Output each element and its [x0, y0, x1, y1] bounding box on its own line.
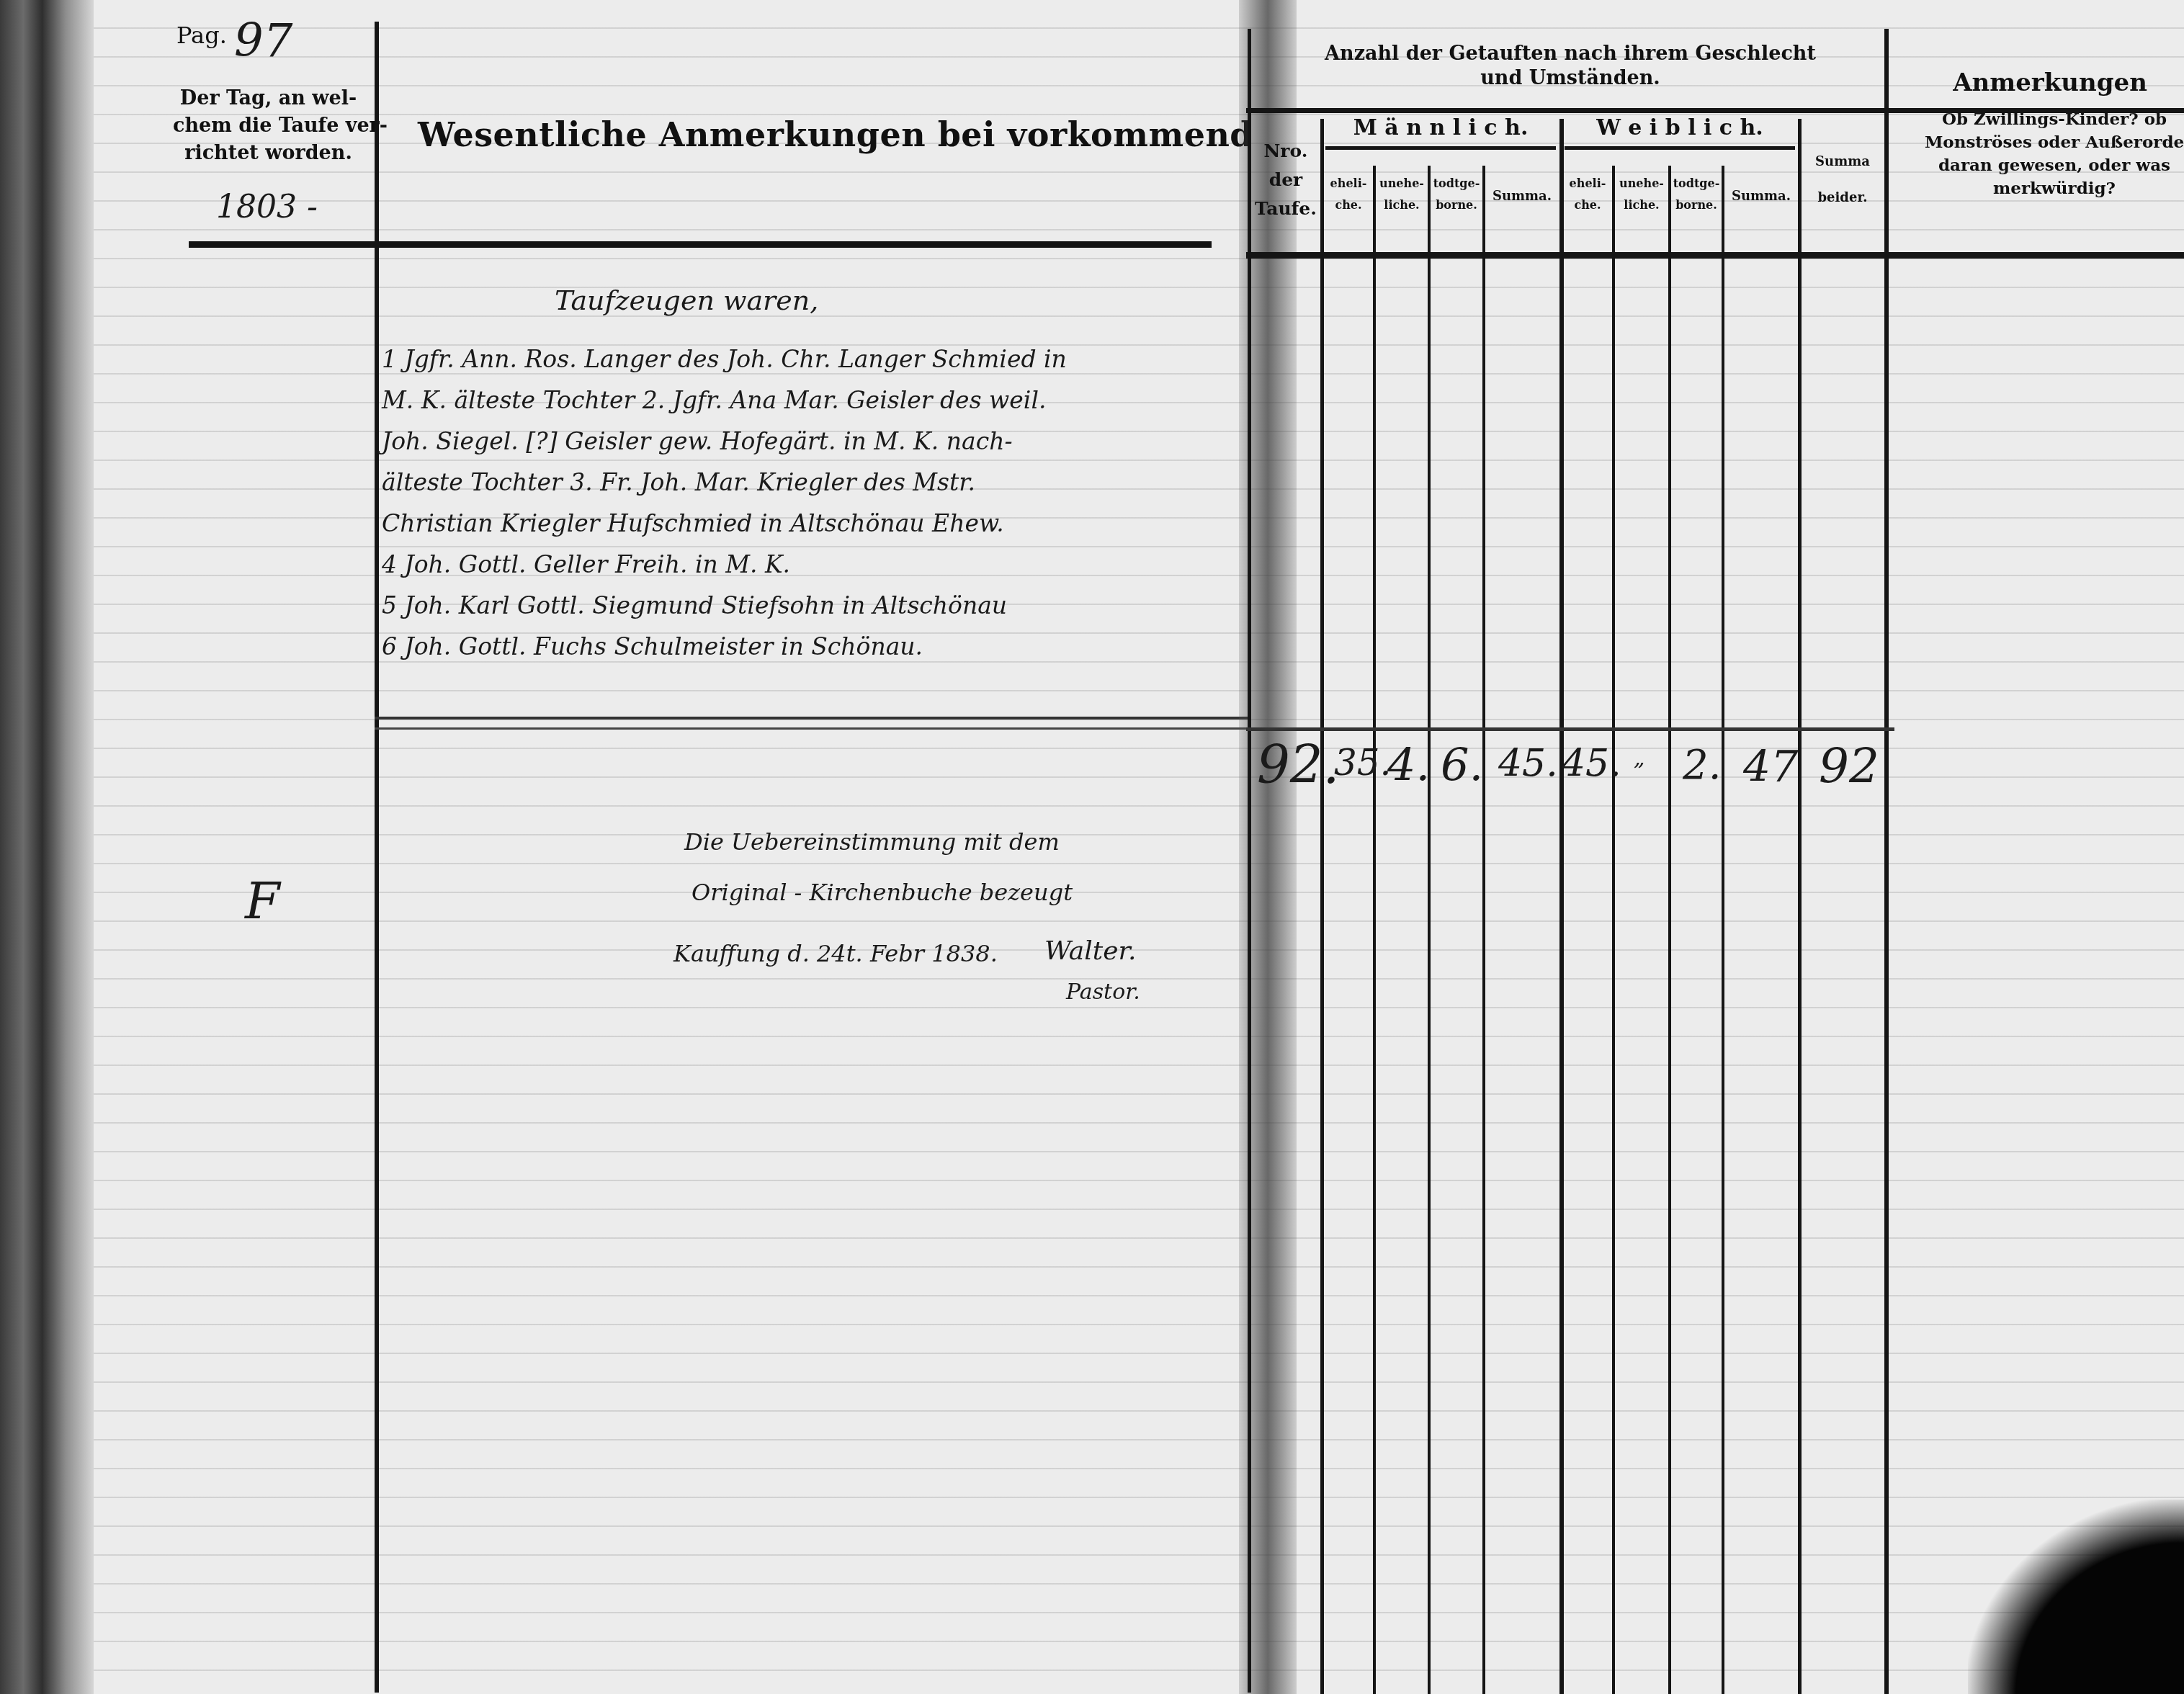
header-line: Monströses oder Außerorde — [1910, 131, 2184, 154]
header-line: Summa. — [1485, 186, 1559, 207]
w-ehelich-header: eheli-che. — [1563, 173, 1612, 216]
w-unehelich-header: unehe-liche. — [1615, 173, 1668, 216]
header-line: Summa. — [1724, 186, 1798, 207]
entry-line: 5 Joh. Karl Gottl. Siegmund Stiefsohn in… — [382, 585, 1225, 626]
header-line: borne. — [1431, 194, 1482, 216]
header-line: der — [1253, 166, 1318, 194]
m-summa-header: Summa. — [1485, 186, 1559, 207]
total-w-ehelich: 45. — [1562, 742, 1621, 785]
header-line: che. — [1563, 194, 1612, 216]
margin-mark: F — [245, 871, 280, 931]
header-rule — [1246, 252, 2184, 259]
summa-beider-header: Summa beider. — [1801, 144, 1884, 216]
total-m-ehelich: 35. — [1334, 742, 1392, 784]
attestation-line-1: Die Uebereinstimmung mit dem — [684, 828, 1060, 856]
entry-line: älteste Tochter 3. Fr. Joh. Mar. Kriegle… — [382, 462, 1225, 503]
header-line: Taufe. — [1253, 194, 1318, 223]
header-line: che. — [1324, 194, 1373, 216]
column-divider — [1373, 166, 1376, 1694]
maennlich-rule — [1325, 146, 1556, 150]
header-line: todtge- — [1671, 173, 1722, 194]
gutter-rule — [1248, 29, 1251, 1693]
header-line: liche. — [1615, 194, 1668, 216]
total-m-todtgeborne: 6. — [1441, 738, 1483, 791]
attestation-title: Pastor. — [1066, 980, 1140, 1005]
book-binding — [0, 0, 94, 1694]
remarks-question: Ob Zwillings-Kinder? ob Monströses oder … — [1910, 108, 2184, 200]
total-w-summa: 47 — [1743, 742, 1798, 792]
header-line: Nro. — [1253, 137, 1318, 166]
attestation-signature: Walter. — [1044, 936, 1136, 966]
header-line: unehe- — [1376, 173, 1428, 194]
header-line: richtet worden. — [173, 140, 364, 167]
weiblich-rule — [1565, 146, 1795, 150]
entry-heading: Taufzeugen waren, — [555, 284, 818, 316]
entry-separator — [1246, 727, 1894, 731]
column-divider — [1884, 29, 1889, 1694]
left-page: Pag. 97 Der Tag, an wel- chem die Taufe … — [0, 0, 1250, 1694]
m-todtgeborne-header: todtge-borne. — [1431, 173, 1482, 216]
page-number: 97 — [234, 14, 292, 68]
header-line: unehe- — [1615, 173, 1668, 194]
column-divider — [1428, 166, 1431, 1694]
total-nr: 92. — [1257, 735, 1340, 795]
column-divider — [1559, 119, 1564, 1694]
column-divider — [1482, 166, 1485, 1694]
nr-header: Nro. der Taufe. — [1253, 137, 1318, 223]
header-line: daran gewesen, oder was — [1910, 154, 2184, 177]
entry-line: M. K. älteste Tochter 2. Jgfr. Ana Mar. … — [382, 380, 1225, 421]
header-line: chem die Taufe ver- — [173, 112, 364, 140]
entry-separator-2 — [375, 727, 1253, 730]
weiblich-header: W e i b l i c h. — [1565, 115, 1795, 140]
m-unehelich-header: unehe-liche. — [1376, 173, 1428, 216]
total-m-summa: 45. — [1498, 742, 1558, 785]
attestation-place-date: Kauffung d. 24t. Febr 1838. — [673, 940, 998, 967]
title-line: und Umständen. — [1311, 66, 1830, 91]
entry-line: Christian Kriegler Hufschmied in Altschö… — [382, 503, 1225, 544]
title-line: Anzahl der Getauften nach ihrem Geschlec… — [1311, 42, 1830, 66]
header-line: Ob Zwillings-Kinder? ob — [1910, 108, 2184, 131]
page-label: Pag. — [176, 22, 227, 49]
total-summa-beider: 92 — [1819, 738, 1879, 794]
column-divider — [1722, 166, 1724, 1694]
header-line: eheli- — [1324, 173, 1373, 194]
header-line: eheli- — [1563, 173, 1612, 194]
entry-line: 4 Joh. Gottl. Geller Freih. in M. K. — [382, 544, 1225, 585]
header-line: borne. — [1671, 194, 1722, 216]
entry-line: 1 Jgfr. Ann. Ros. Langer des Joh. Chr. L… — [382, 339, 1225, 380]
entry-line: 6 Joh. Gottl. Fuchs Schulmeister in Schö… — [382, 626, 1225, 667]
entry-separator — [375, 717, 1253, 720]
header-rule — [189, 241, 1212, 248]
column-divider — [1320, 119, 1324, 1694]
header-line: beider. — [1801, 180, 1884, 216]
day-column-header: Der Tag, an wel- chem die Taufe ver- ric… — [173, 85, 364, 167]
entry-line: Joh. Siegel. [?] Geisler gew. Hofegärt. … — [382, 421, 1225, 462]
column-divider — [1668, 166, 1671, 1694]
header-line: todtge- — [1431, 173, 1482, 194]
year-entry: 1803 - — [216, 189, 318, 225]
page-damage-stain — [1968, 1500, 2184, 1694]
header-line: Der Tag, an wel- — [173, 85, 364, 112]
column-divider — [1798, 119, 1802, 1694]
header-line: liche. — [1376, 194, 1428, 216]
table-title: Anzahl der Getauften nach ihrem Geschlec… — [1311, 42, 1830, 91]
total-m-unehelich: 4. — [1387, 738, 1430, 791]
m-ehelich-header: eheli-che. — [1324, 173, 1373, 216]
column-divider — [1612, 166, 1615, 1694]
w-todtgeborne-header: todtge-borne. — [1671, 173, 1722, 216]
remarks-title: Anmerkungen — [1916, 68, 2184, 97]
total-w-todtgeborne: 2. — [1683, 742, 1721, 789]
maennlich-header: M ä n n l i c h. — [1325, 115, 1556, 140]
total-w-unehelich: „ — [1634, 745, 1645, 771]
header-line: Summa — [1801, 144, 1884, 180]
column-divider — [375, 22, 379, 1693]
godparents-list: 1 Jgfr. Ann. Ros. Langer des Joh. Chr. L… — [382, 339, 1225, 667]
header-line: merkwürdig? — [1910, 177, 2184, 200]
attestation-line-2: Original - Kirchenbuche bezeugt — [692, 879, 1073, 906]
w-summa-header: Summa. — [1724, 186, 1798, 207]
